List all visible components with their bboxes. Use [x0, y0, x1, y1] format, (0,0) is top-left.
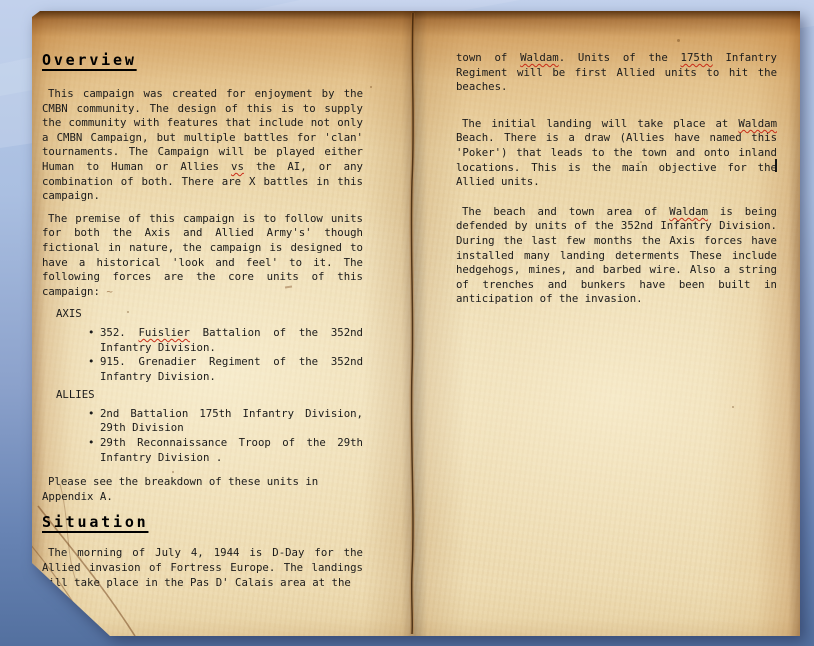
list-item[interactable]: 915. Grenadier Regiment of the 352nd Inf…	[42, 355, 363, 384]
situation-heading: Situation	[42, 512, 363, 532]
text-segment: The morning of July 4, 1944 is D-Day for…	[42, 546, 363, 588]
paper-speck	[370, 86, 372, 88]
allies-list: 2nd Battalion 175th Infantry Division, 2…	[42, 407, 363, 465]
text-segment: The beach and town area of	[462, 205, 669, 218]
list-item[interactable]: 2nd Battalion 175th Infantry Division, 2…	[42, 407, 363, 436]
paragraph-appendix-note[interactable]: Please see the breakdown of these units …	[42, 475, 363, 504]
paper-speck	[677, 39, 680, 42]
text-segment: . Units of the	[559, 51, 681, 64]
misspelled-word: Waldam	[738, 117, 777, 130]
text-segment: 915. Grenadier Regiment of the 352nd Inf…	[100, 355, 363, 383]
paragraph-situation[interactable]: The morning of July 4, 1944 is D-Day for…	[42, 546, 363, 590]
list-item[interactable]: 352. Fuislier Battalion of the 352nd Inf…	[42, 326, 363, 355]
misspelled-word: Waldam	[520, 51, 559, 64]
axis-list: 352. Fuislier Battalion of the 352nd Inf…	[42, 326, 363, 384]
overview-heading: Overview	[42, 50, 363, 70]
text-segment: The initial landing will take place at	[462, 117, 738, 130]
misspelled-word: Waldam	[669, 205, 708, 218]
page-fold-crease-line	[398, 11, 428, 636]
text-segment: 29th Reconnaissance Troop of the 29th In…	[100, 436, 363, 464]
text-segment: is being defended by units of the 352nd …	[456, 205, 777, 306]
misspelled-word: Fuislier	[138, 326, 189, 339]
list-item[interactable]: 29th Reconnaissance Troop of the 29th In…	[42, 436, 363, 465]
text-segment: 352.	[100, 326, 138, 339]
desktop-background: { "colors": { "sky_top": "#b8cae9", "sky…	[0, 0, 814, 646]
text-segment: Please see the breakdown of these units …	[42, 475, 318, 503]
aged-paper: Overview This campaign was created for e…	[32, 11, 800, 636]
situation-heading-text: Situation	[42, 513, 148, 531]
axis-label: AXIS	[56, 307, 363, 322]
misspelled-word: 175th	[681, 51, 713, 64]
text-segment: town of	[456, 51, 520, 64]
text-segment: 2nd Battalion 175th Infantry Division, 2…	[100, 407, 363, 435]
text-segment: Beach. There is a draw (Allies have name…	[456, 131, 777, 188]
paragraph-beach-defense[interactable]: The beach and town area of Waldam is bei…	[456, 205, 777, 307]
document-page-spread: Overview This campaign was created for e…	[32, 11, 800, 636]
paragraph-premise[interactable]: The premise of this campaign is to follo…	[42, 212, 363, 300]
misspelled-word: vs	[231, 160, 244, 173]
left-page-text[interactable]: Overview This campaign was created for e…	[42, 50, 363, 598]
paper-speck	[732, 406, 734, 408]
right-page-text[interactable]: town of Waldam. Units of the 175th Infan…	[456, 51, 777, 307]
paragraph-town-continuation[interactable]: town of Waldam. Units of the 175th Infan…	[456, 51, 777, 95]
allies-label: ALLIES	[56, 388, 363, 403]
text-segment: The premise of this campaign is to follo…	[42, 212, 363, 298]
paragraph-campaign-intro[interactable]: This campaign was created for enjoyment …	[42, 87, 363, 204]
overview-heading-text: Overview	[42, 51, 137, 69]
pen-mark: ~	[106, 285, 112, 298]
text-cursor[interactable]	[775, 159, 777, 172]
paragraph-initial-landing[interactable]: The initial landing will take place at W…	[456, 117, 777, 190]
